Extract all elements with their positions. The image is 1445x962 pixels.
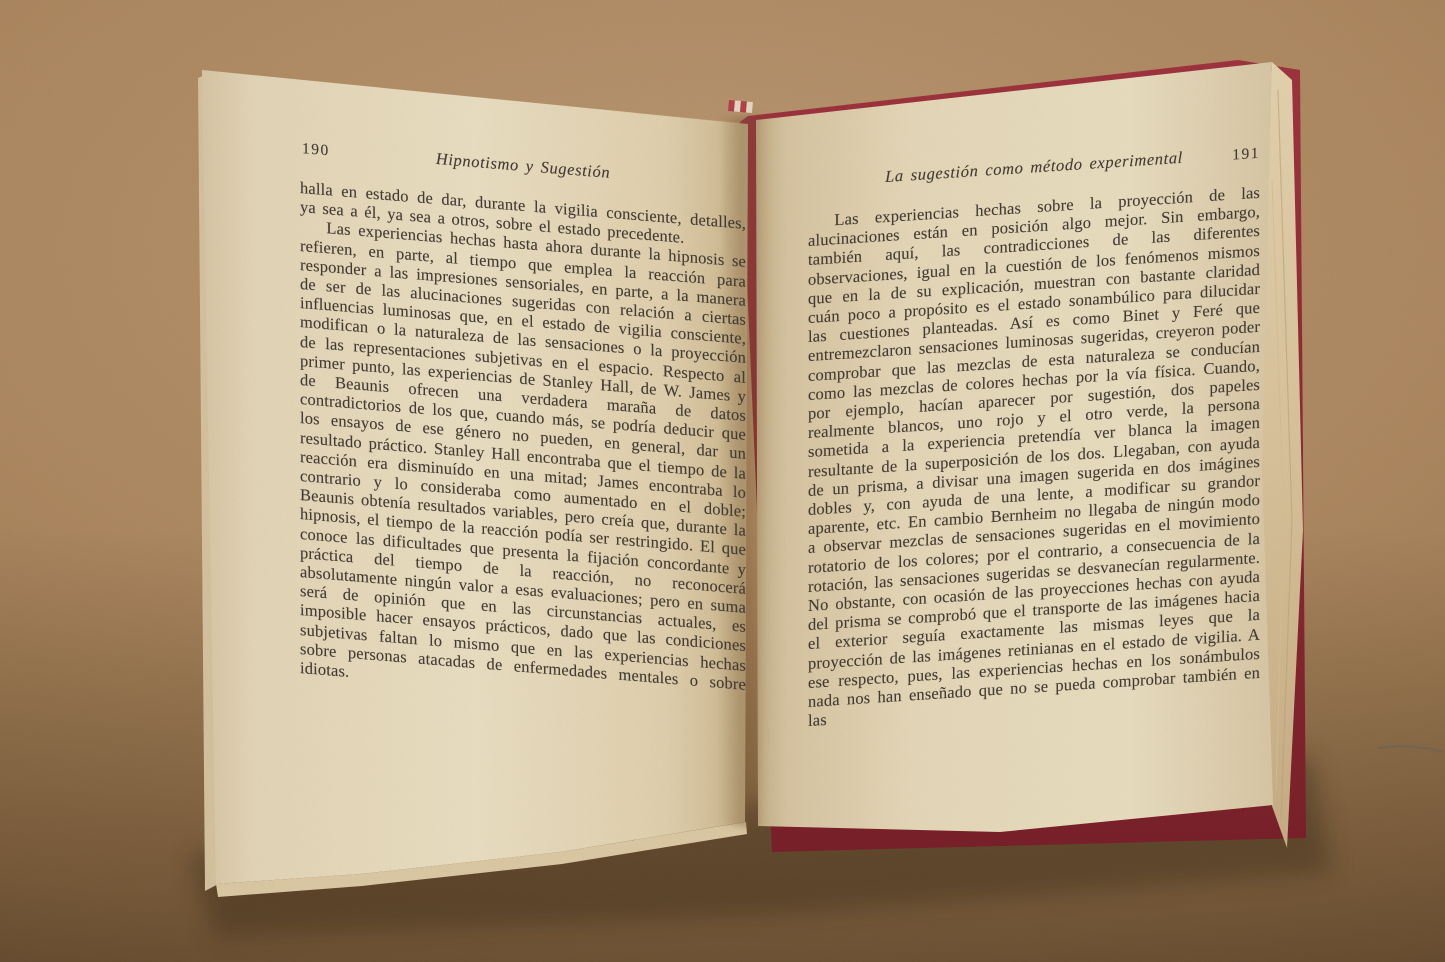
right-paragraph-main: Las experiencias hechas sobre la proyecc… (808, 183, 1260, 731)
right-page-text: 191 La sugestión como método experimenta… (808, 143, 1260, 731)
photo-of-open-book: { "book": { "left_page": { "page_number"… (0, 0, 1445, 962)
left-paragraph-main: Las experiencias hechas hasta ahora dura… (300, 216, 746, 713)
left-page-text: 190 Hipnotismo y Sugestión halla en esta… (300, 138, 746, 713)
right-page-number: 191 (1232, 144, 1260, 165)
left-page-number: 190 (302, 139, 330, 160)
